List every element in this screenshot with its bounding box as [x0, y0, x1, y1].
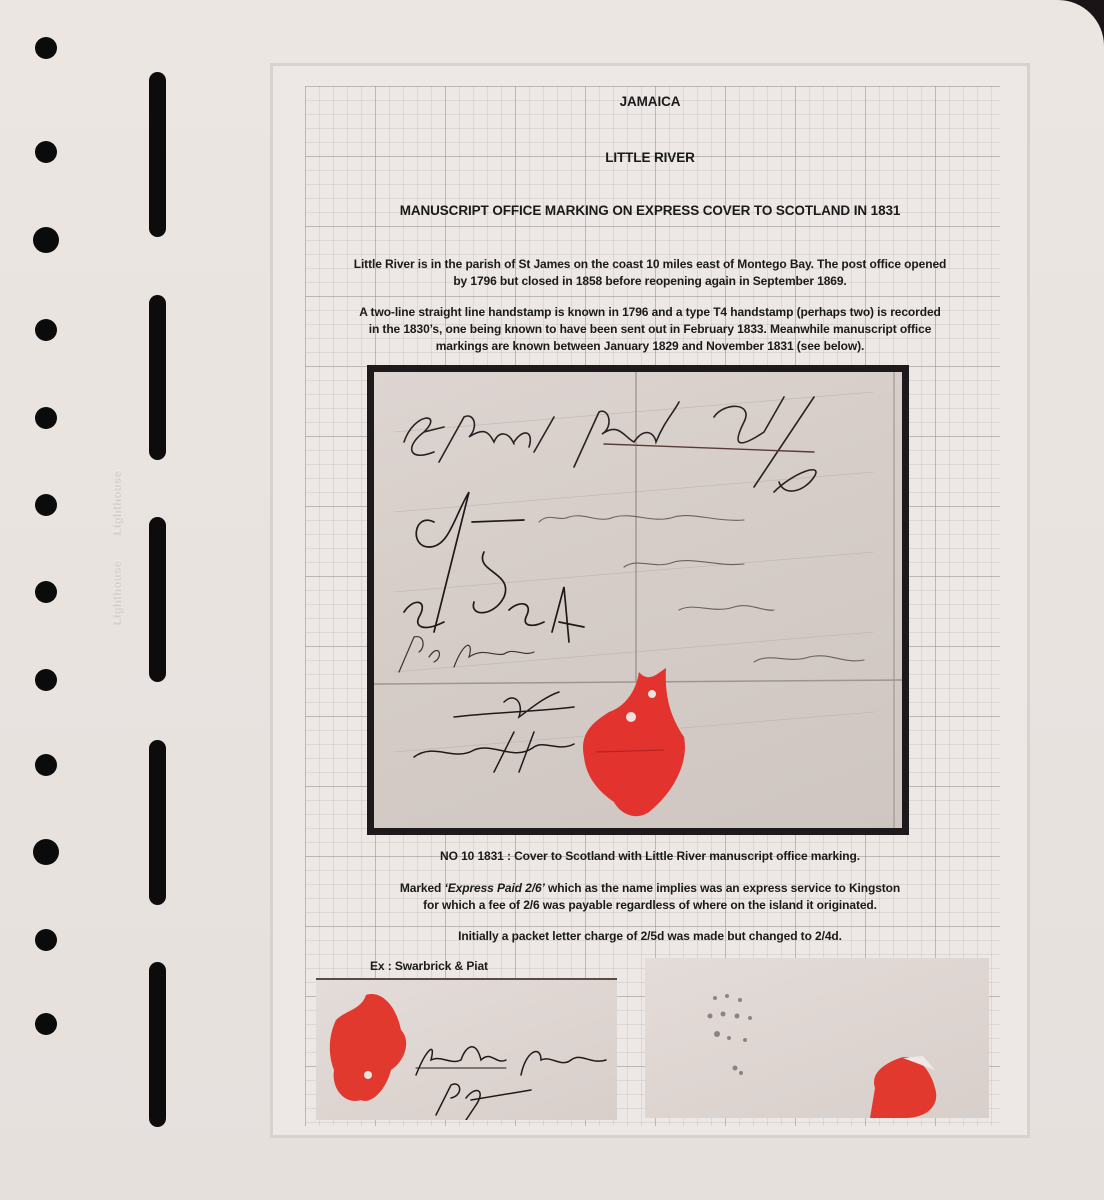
- binder-hole: [35, 581, 57, 603]
- caption-line-1: NO 10 1831 : Cover to Scotland with Litt…: [280, 848, 1020, 865]
- cover-photograph: [367, 365, 909, 835]
- binder-slot: [149, 295, 166, 460]
- intro-paragraph-1: Little River is in the parish of St Jame…: [280, 256, 1020, 290]
- country-heading: JAMAICA: [280, 93, 1020, 110]
- emboss-watermark: Lighthouse: [112, 560, 124, 624]
- binder-hole: [35, 669, 57, 691]
- detail-marking-drawing: [316, 980, 617, 1120]
- binder-hole: [35, 929, 57, 951]
- binder-hole: [35, 754, 57, 776]
- binder-slot: [149, 517, 166, 682]
- intro-paragraph-2: A two-line straight line handstamp is kn…: [280, 304, 1020, 355]
- binder-hole: [35, 37, 57, 59]
- detail-backstamp-drawing: [645, 958, 989, 1118]
- album-page: Lighthouse Lighthouse JAMAICA LITTLE RIV…: [0, 0, 1104, 1200]
- binder-hole: [35, 407, 57, 429]
- detail-image-backstamp: [645, 958, 989, 1118]
- binder-hole: [35, 319, 57, 341]
- binder-slot: [149, 962, 166, 1127]
- binder-hole: [33, 227, 59, 253]
- town-heading: LITTLE RIVER: [280, 149, 1020, 166]
- subtitle-heading: MANUSCRIPT OFFICE MARKING ON EXPRESS COV…: [280, 202, 1020, 219]
- cover-manuscript-drawing: [374, 372, 902, 828]
- binder-hole: [35, 494, 57, 516]
- caption-line-4: Initially a packet letter charge of 2/5d…: [280, 928, 1020, 945]
- binder-hole: [35, 1013, 57, 1035]
- cover-paper: [374, 372, 902, 828]
- emboss-watermark: Lighthouse: [112, 470, 124, 534]
- binder-slot: [149, 72, 166, 237]
- caption-paragraph-2: Marked ‘Express Paid 2/6’ which as the n…: [280, 880, 1020, 914]
- binder-hole: [33, 839, 59, 865]
- detail-image-office-marking: [316, 978, 617, 1120]
- binder-hole: [35, 141, 57, 163]
- provenance: Ex : Swarbrick & Piat: [370, 958, 570, 975]
- binder-slot: [149, 740, 166, 905]
